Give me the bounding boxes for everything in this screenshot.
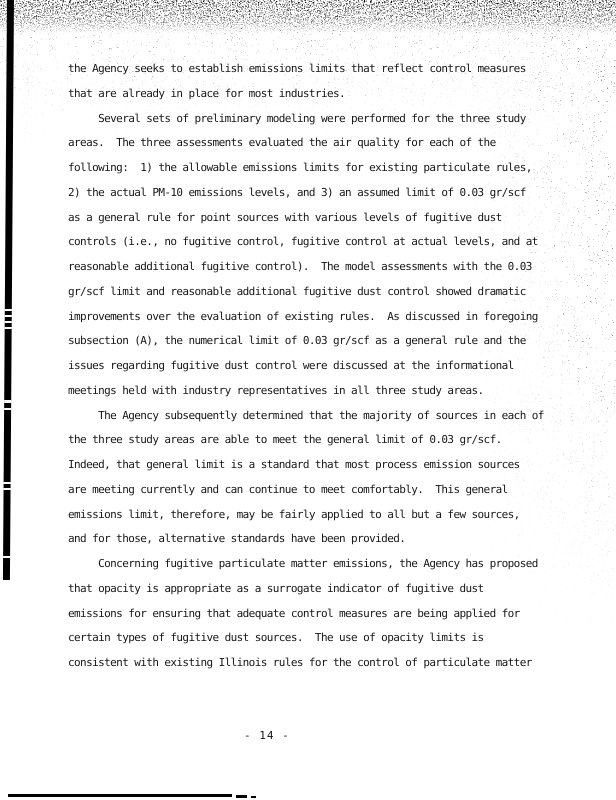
document-line: subsection (A), the numerical limit of 0… bbox=[68, 329, 568, 354]
document-line: that opacity is appropriate as a surroga… bbox=[68, 577, 568, 602]
document-line: emissions for ensuring that adequate con… bbox=[68, 602, 568, 627]
document-line: emissions limit, therefore, may be fairl… bbox=[68, 503, 568, 528]
document-line: and for those, alternative standards hav… bbox=[68, 527, 568, 552]
scan-noise-top-edge bbox=[0, 0, 616, 34]
document-line: certain types of fugitive dust sources. … bbox=[68, 626, 568, 651]
document-line: reasonable additional fugitive control).… bbox=[68, 255, 568, 280]
scan-artifact-bottom-line bbox=[8, 794, 232, 797]
document-line: areas. The three assessments evaluated t… bbox=[68, 131, 568, 156]
document-line: meetings held with industry representati… bbox=[68, 379, 568, 404]
document-line: that are already in place for most indus… bbox=[68, 82, 568, 107]
page-number: - 14 - bbox=[244, 729, 290, 742]
document-line: gr/scf limit and reasonable additional f… bbox=[68, 280, 568, 305]
document-line: Several sets of preliminary modeling wer… bbox=[68, 107, 568, 132]
document-line: are meeting currently and can continue t… bbox=[68, 478, 568, 503]
document-body-text: the Agency seeks to establish emissions … bbox=[68, 57, 568, 676]
document-line: controls (i.e., no fugitive control, fug… bbox=[68, 230, 568, 255]
scan-artifact-bottom-dash bbox=[236, 795, 247, 798]
scan-artifact-left-bar bbox=[3, 0, 14, 580]
document-line: improvements over the evaluation of exis… bbox=[68, 305, 568, 330]
document-line: issues regarding fugitive dust control w… bbox=[68, 354, 568, 379]
document-line: Concerning fugitive particulate matter e… bbox=[68, 552, 568, 577]
scanned-document-page: the Agency seeks to establish emissions … bbox=[0, 0, 616, 800]
document-line: 2) the actual PM-10 emissions levels, an… bbox=[68, 181, 568, 206]
document-line: following: 1) the allowable emissions li… bbox=[68, 156, 568, 181]
scan-artifact-bottom-dash bbox=[251, 796, 256, 798]
document-line: the Agency seeks to establish emissions … bbox=[68, 57, 568, 82]
document-line: as a general rule for point sources with… bbox=[68, 206, 568, 231]
document-line: the three study areas are able to meet t… bbox=[68, 428, 568, 453]
document-line: The Agency subsequently determined that … bbox=[68, 404, 568, 429]
document-line: consistent with existing Illinois rules … bbox=[68, 651, 568, 676]
document-line: Indeed, that general limit is a standard… bbox=[68, 453, 568, 478]
